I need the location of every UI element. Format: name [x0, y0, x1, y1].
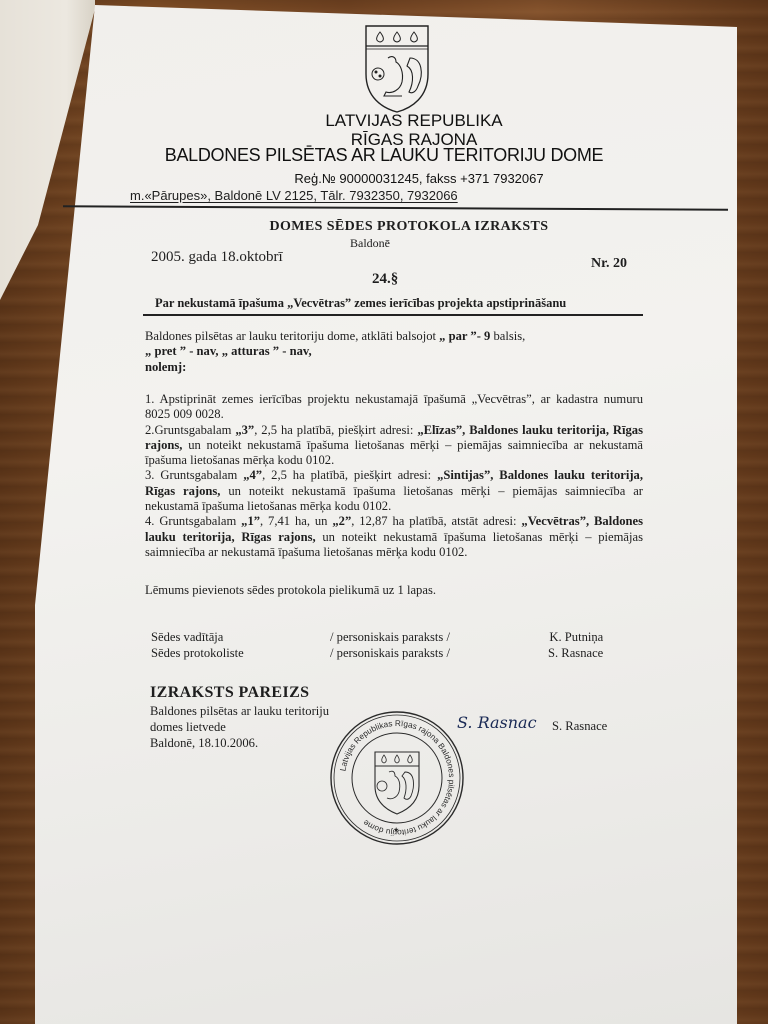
header-registration: Reģ.№ 90000031245, fakss +371 7932067 [35, 171, 768, 186]
decisions-list: 1. Apstiprināt zemes ierīcības projektu … [145, 392, 643, 560]
signature-mark: / personiskais paraksts / [330, 630, 450, 646]
voting-intro: Baldones pilsētas ar lauku teritoriju do… [145, 329, 439, 343]
subject-divider [143, 314, 643, 316]
header-divider [63, 205, 728, 210]
certification-date: Baldonē, 18.10.2006. [150, 735, 329, 751]
votes-against-abstain: „ pret ” - nav, „ atturas ” - nav, [145, 344, 312, 358]
voting-line: Baldones pilsētas ar lauku teritoriju do… [145, 329, 643, 344]
decision-item: 1. Apstiprināt zemes ierīcības projektu … [145, 392, 643, 423]
svg-text:★: ★ [393, 826, 399, 834]
voting-block: Baldones pilsētas ar lauku teritoriju do… [145, 329, 643, 375]
decision-item: 2.Gruntsgabalam „3”, 2,5 ha platībā, pie… [145, 423, 643, 469]
document-title: DOMES SĒDES PROTOKOLA IZRAKSTS [25, 219, 768, 235]
signature-names: K. Putniņa S. Rasnace [548, 630, 603, 661]
handwritten-signature: S. Rasnac [457, 713, 537, 732]
document-date: 2005. gada 18.oktobrī [151, 249, 283, 266]
header-council: BALDONES PILSĒTAS AR LAUKU TERITORIJU DO… [0, 145, 768, 166]
header-address: m.«Pārupes», Baldonē LV 2125, Tālr. 7932… [130, 188, 458, 203]
document-place: Baldonē [350, 236, 390, 251]
certification-line: domes lietvede [150, 719, 329, 735]
document-subject: Par nekustamā īpašuma „Vecvētras” zemes … [155, 296, 566, 311]
signature-roles: Sēdes vadītāja Sēdes protokoliste [151, 630, 244, 661]
signature-role: Sēdes protokoliste [151, 646, 244, 662]
signature-mark: / personiskais paraksts / [330, 646, 450, 662]
decision-item: 3. Gruntsgabalam „4”, 2,5 ha platībā, pi… [145, 468, 643, 514]
signature-name: K. Putniņa [548, 630, 603, 646]
annex-note: Lēmums pievienots sēdes protokola pielik… [145, 583, 643, 598]
certification-name: S. Rasnace [552, 719, 607, 734]
votes-for-suffix: balsis, [490, 329, 525, 343]
document-number: Nr. 20 [591, 256, 627, 272]
signature-marks: / personiskais paraksts / / personiskais… [330, 630, 450, 661]
certification-line: Baldones pilsētas ar lauku teritoriju [150, 703, 329, 719]
header-country: LATVIJAS REPUBLIKA [30, 111, 768, 131]
decides-label: nolemj: [145, 360, 186, 374]
certification-block: Baldones pilsētas ar lauku teritoriju do… [150, 703, 329, 751]
certification-title: IZRAKSTS PAREIZS [150, 684, 310, 702]
coat-of-arms-icon [362, 22, 432, 114]
votes-for: „ par ”- 9 [439, 329, 490, 343]
paragraph-number: 24.§ [372, 271, 398, 288]
official-stamp-icon: Latvijas Republikas Rīgas rajona Baldone… [327, 708, 467, 848]
decision-item: 4. Gruntsgabalam „1”, 7,41 ha, un „2”, 1… [145, 514, 643, 560]
document-content: LATVIJAS REPUBLIKA RĪGAS RAJONA BALDONES… [0, 0, 768, 1024]
signature-name: S. Rasnace [548, 646, 603, 662]
signature-role: Sēdes vadītāja [151, 630, 244, 646]
